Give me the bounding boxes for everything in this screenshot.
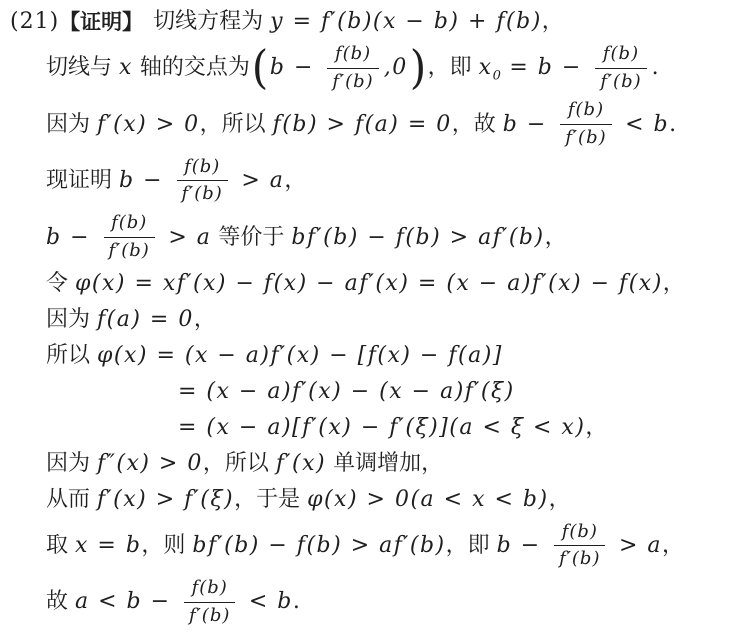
fraction: f(b)f′(b) bbox=[184, 578, 235, 626]
text-run: ，则 bbox=[141, 532, 192, 560]
math-run: a < b − bbox=[75, 588, 179, 616]
math-run: ,0 bbox=[384, 54, 408, 82]
fraction-numerator: f(b) bbox=[106, 213, 152, 237]
text-run: 从而 bbox=[46, 486, 97, 514]
proof-line: 因为 f″(x) > 0，所以 f′(x) 单调增加， bbox=[46, 446, 732, 482]
proof-line: 所以 φ(x) = (x − a)f′(x) − [f(x) − f(a)] bbox=[46, 338, 732, 374]
math-run: < b bbox=[617, 111, 670, 139]
text-run: 令 bbox=[46, 270, 75, 298]
text-run: 现证明 bbox=[46, 167, 119, 195]
text-run: . bbox=[293, 588, 300, 616]
math-run: y = f′(b)(x − b) + f(b) bbox=[270, 8, 542, 36]
proof-line: (21)【证明】切线方程为 y = f′(b)(x − b) + f(b)， bbox=[10, 4, 732, 40]
proof-line: 现证明 b − f(b)f′(b) > a， bbox=[46, 153, 732, 209]
fraction-numerator: f(b) bbox=[187, 578, 233, 602]
fraction: f(b)f′(b) bbox=[104, 213, 155, 261]
text-run: ，即 bbox=[446, 532, 497, 560]
text-run: 因为 bbox=[46, 450, 97, 478]
fraction-denominator: f′(b) bbox=[104, 237, 155, 262]
text-run: 所以 bbox=[46, 342, 97, 370]
text-run: ，即 bbox=[428, 54, 479, 82]
text-run: ，于是 bbox=[234, 486, 307, 514]
math-run: f(b) > f(a) = 0 bbox=[273, 111, 452, 139]
big-paren: ( bbox=[252, 47, 269, 88]
fraction: f(b)f′(b) bbox=[327, 44, 378, 92]
fraction-numerator: f(b) bbox=[557, 522, 603, 546]
text-run: ， bbox=[284, 167, 306, 195]
text-run: ， bbox=[585, 414, 607, 442]
math-run: = (x − a)[f′(x) − f′(ξ)](a < ξ < x) bbox=[178, 414, 585, 442]
math-run: = (x − a)f′(x) − (x − a)f′(ξ) bbox=[178, 378, 515, 406]
fraction: f(b)f′(b) bbox=[554, 522, 605, 570]
fraction-numerator: f(b) bbox=[179, 157, 225, 181]
text-run: ， bbox=[542, 8, 564, 36]
fraction-denominator: f′(b) bbox=[184, 602, 235, 627]
proof-document: (21)【证明】切线方程为 y = f′(b)(x − b) + f(b)，切线… bbox=[0, 0, 736, 633]
text-run: 切线与 bbox=[46, 54, 119, 82]
proof-line: = (x − a)[f′(x) − f′(ξ)](a < ξ < x)， bbox=[178, 410, 732, 446]
fraction-denominator: f′(b) bbox=[560, 124, 611, 149]
text-run: 轴的交点为 bbox=[133, 54, 250, 82]
fraction: f(b)f′(b) bbox=[560, 100, 611, 148]
fraction-numerator: f(b) bbox=[330, 44, 376, 68]
text-run: ， bbox=[663, 270, 685, 298]
proof-label: 【证明】 bbox=[59, 9, 143, 35]
text-run: 单调增加， bbox=[326, 450, 443, 478]
math-run: bf′(b) − f(b) > af′(b) bbox=[192, 532, 445, 560]
fraction-denominator: f′(b) bbox=[595, 68, 646, 93]
subscripted-variable: x0 bbox=[479, 54, 501, 82]
math-run: x bbox=[119, 54, 133, 82]
proof-line: 令 φ(x) = xf′(x) − f(x) − af′(x) = (x − a… bbox=[46, 266, 732, 302]
math-run: f(a) = 0 bbox=[97, 306, 194, 334]
proof-line: = (x − a)f′(x) − (x − a)f′(ξ) bbox=[178, 374, 732, 410]
text-run: 切线方程为 bbox=[153, 8, 270, 36]
text-run: ， bbox=[545, 224, 567, 252]
math-run: f′(x) > 0 bbox=[97, 111, 200, 139]
text-run: . bbox=[669, 111, 676, 139]
proof-lines: (21)【证明】切线方程为 y = f′(b)(x − b) + f(b)，切线… bbox=[10, 4, 732, 630]
fraction-denominator: f′(b) bbox=[177, 180, 228, 205]
problem-number: (21) bbox=[10, 8, 59, 36]
text-run: . bbox=[652, 54, 659, 82]
math-run: < b bbox=[240, 588, 293, 616]
text-run: ， bbox=[662, 532, 684, 560]
math-run: > a bbox=[233, 167, 285, 195]
math-run: x = b bbox=[75, 532, 141, 560]
proof-line: 因为 f′(x) > 0，所以 f(b) > f(a) = 0，故 b − f(… bbox=[46, 96, 732, 152]
math-run: = b − bbox=[501, 54, 590, 82]
text-run: 取 bbox=[46, 532, 75, 560]
math-run: b − bbox=[503, 111, 556, 139]
proof-line: 因为 f(a) = 0， bbox=[46, 302, 732, 338]
proof-line: b − f(b)f′(b) > a 等价于 bf′(b) − f(b) > af… bbox=[46, 209, 732, 265]
math-run: > a bbox=[160, 224, 212, 252]
subscript: 0 bbox=[493, 69, 501, 84]
text-run: ， bbox=[549, 486, 571, 514]
fraction: f(b)f′(b) bbox=[177, 157, 228, 205]
proof-line: 故 a < b − f(b)f′(b) < b. bbox=[46, 574, 732, 630]
math-run: φ(x) = (x − a)f′(x) − [f(x) − f(a)] bbox=[97, 342, 503, 370]
math-run: > a bbox=[610, 532, 662, 560]
text-run: 因为 bbox=[46, 111, 97, 139]
text-run: 故 bbox=[46, 588, 75, 616]
math-run: b − bbox=[46, 224, 99, 252]
text-run: 等价于 bbox=[211, 224, 291, 252]
text-run: ， bbox=[194, 306, 216, 334]
math-run: f′(x) bbox=[276, 450, 326, 478]
math-run: bf′(b) − f(b) > af′(b) bbox=[291, 224, 544, 252]
fraction: f(b)f′(b) bbox=[595, 44, 646, 92]
text-run: ，所以 bbox=[200, 111, 273, 139]
text-run: ，所以 bbox=[203, 450, 276, 478]
math-run: φ(x) > 0(a < x < b) bbox=[307, 486, 549, 514]
text-run: 因为 bbox=[46, 306, 97, 334]
fraction-numerator: f(b) bbox=[563, 100, 609, 124]
math-run: b − bbox=[119, 167, 172, 195]
subscript-base: x bbox=[479, 55, 493, 80]
math-run: f″(x) > 0 bbox=[97, 450, 203, 478]
proof-line: 切线与 x 轴的交点为(b − f(b)f′(b),0)，即 x0 = b − … bbox=[46, 40, 732, 96]
text-run: ，故 bbox=[452, 111, 503, 139]
math-run: φ(x) = xf′(x) − f(x) − af′(x) = (x − a)f… bbox=[75, 270, 663, 298]
proof-line: 从而 f′(x) > f′(ξ)，于是 φ(x) > 0(a < x < b)， bbox=[46, 482, 732, 518]
fraction-denominator: f′(b) bbox=[554, 545, 605, 570]
proof-line: 取 x = b，则 bf′(b) − f(b) > af′(b)，即 b − f… bbox=[46, 518, 732, 574]
math-run: f′(x) > f′(ξ) bbox=[97, 486, 234, 514]
fraction-numerator: f(b) bbox=[598, 44, 644, 68]
fraction-denominator: f′(b) bbox=[327, 68, 378, 93]
math-run: b − bbox=[497, 532, 550, 560]
math-run: b − bbox=[270, 54, 323, 82]
big-paren: ) bbox=[409, 47, 426, 88]
